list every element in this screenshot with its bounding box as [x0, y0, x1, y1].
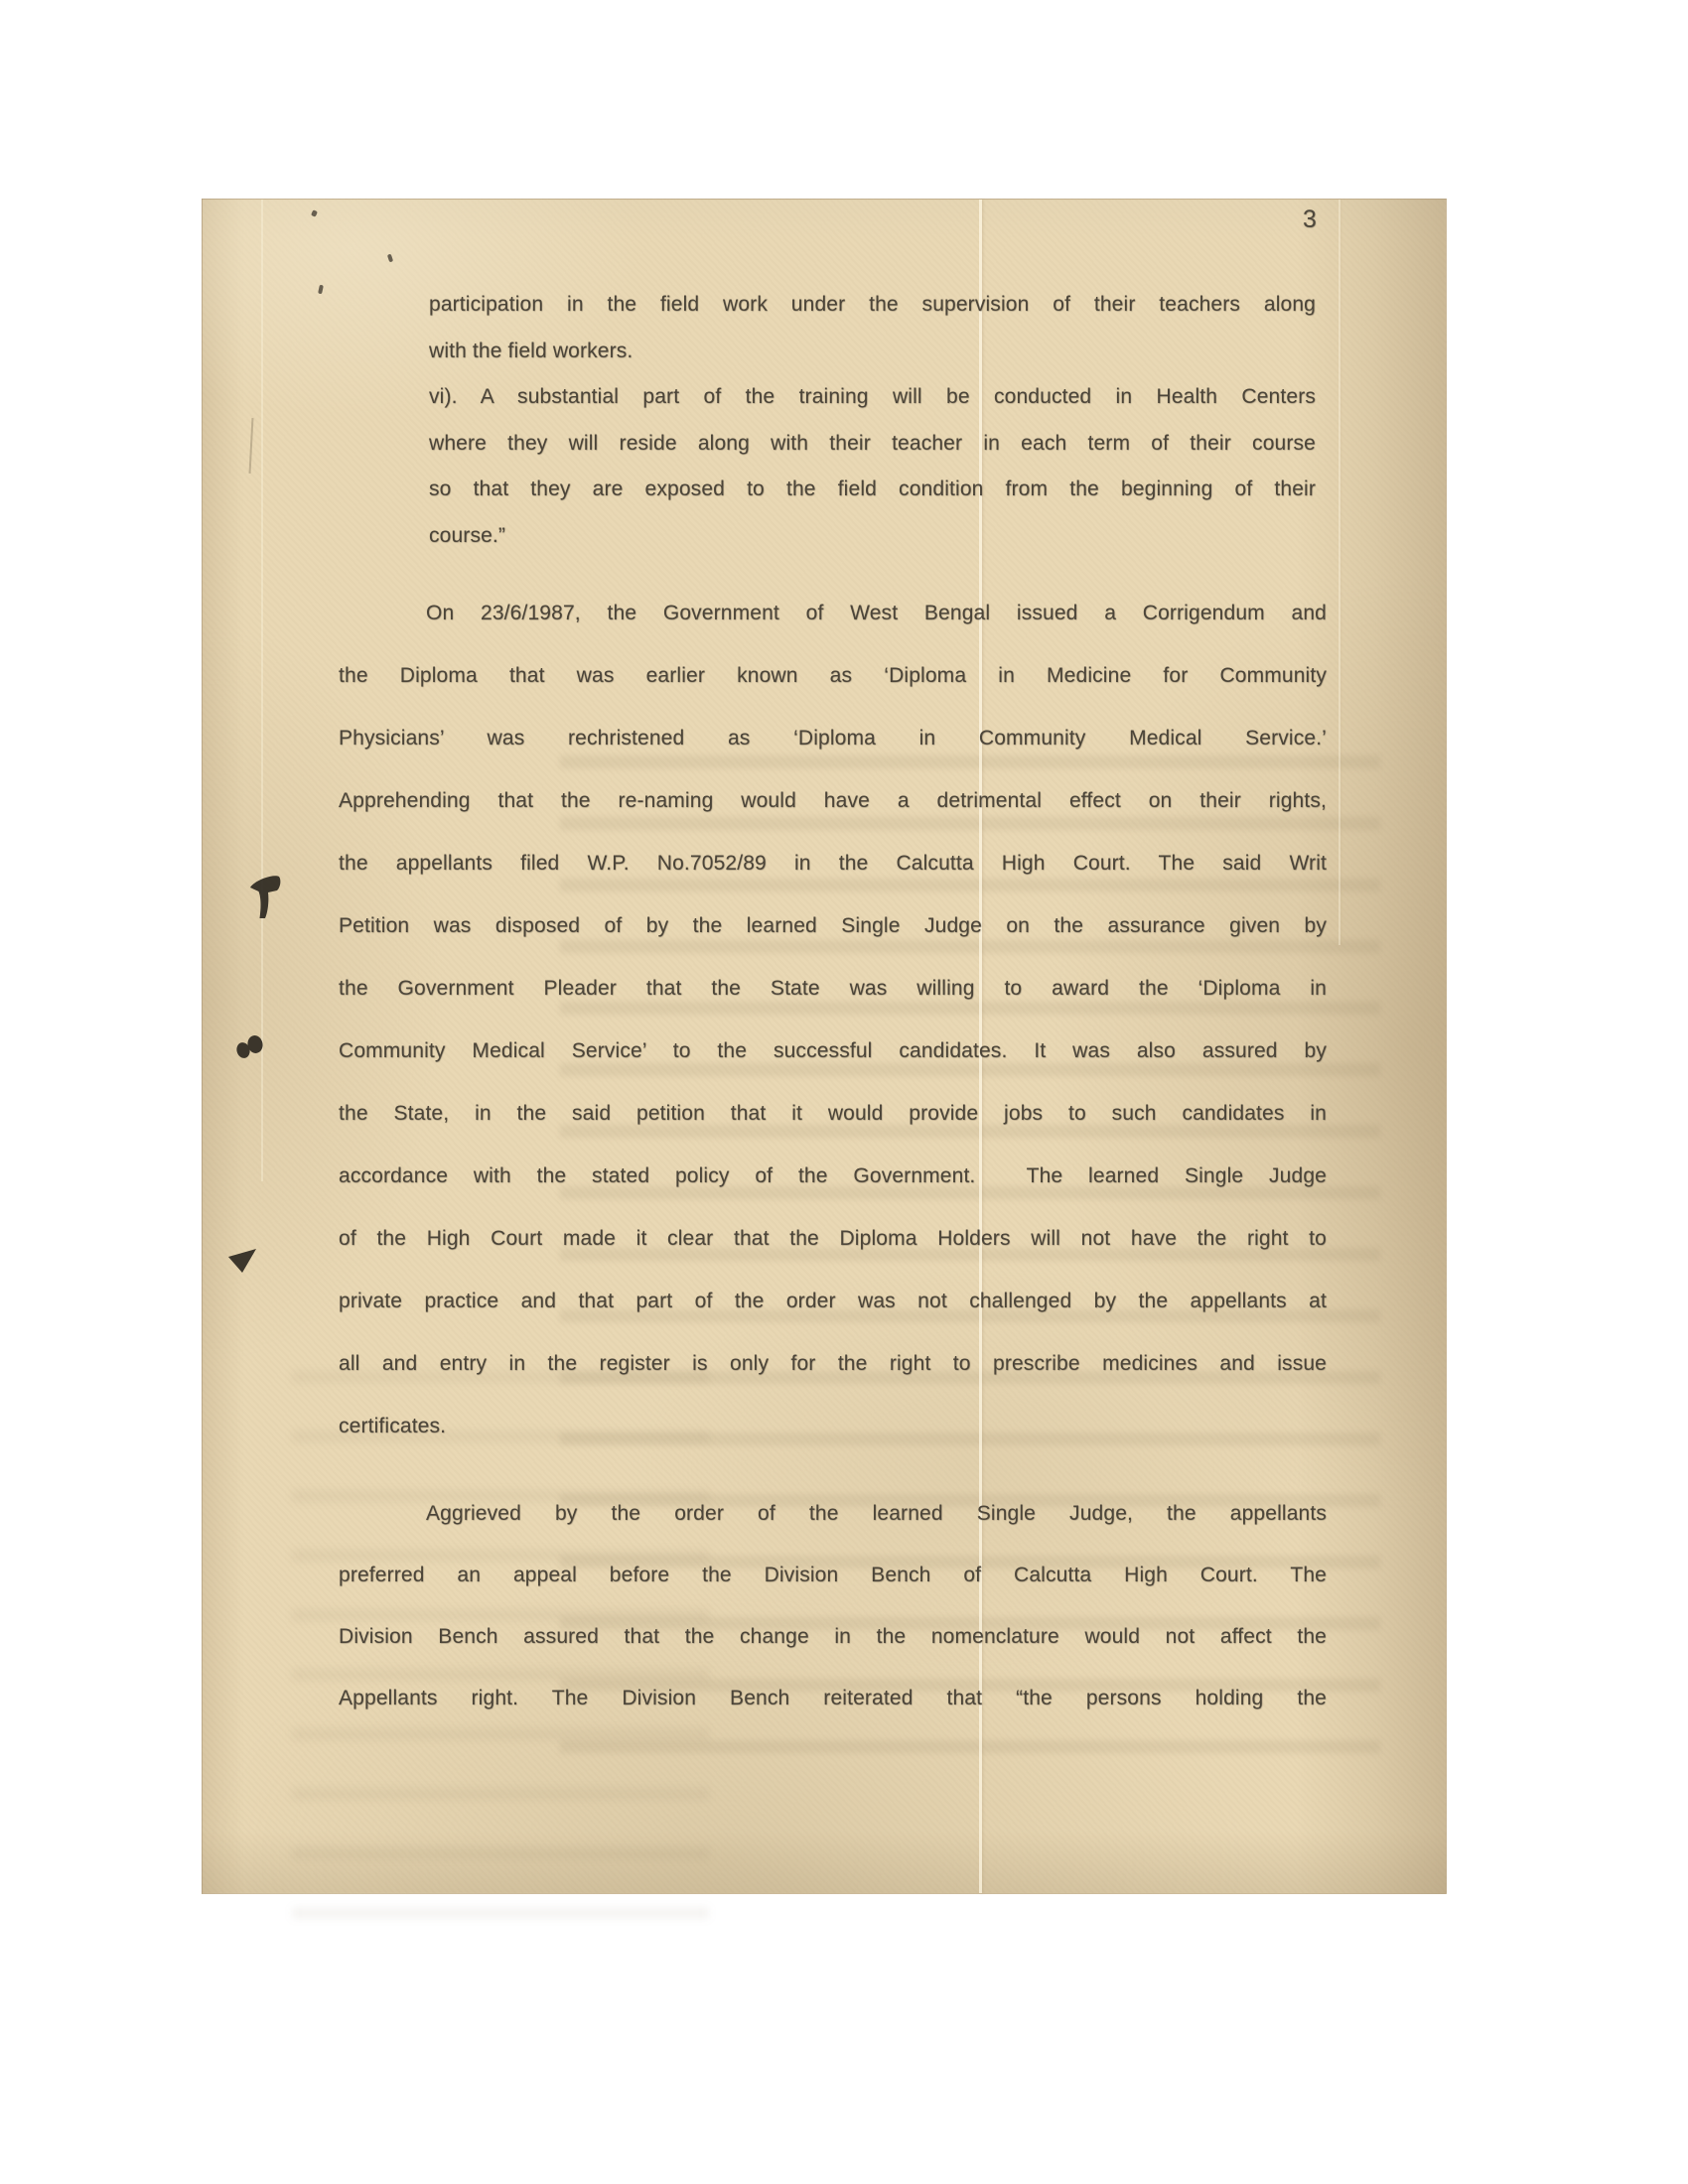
text-line: where they will reside along with their …: [429, 421, 1316, 468]
text-line: the State, in the said petition that it …: [339, 1082, 1327, 1145]
text-line: Apprehending that the re-naming would ha…: [339, 769, 1327, 832]
text-line: the Government Pleader that the State wa…: [339, 957, 1327, 1020]
text-line: On 23/6/1987, the Government of West Ben…: [339, 582, 1327, 644]
text-line: participation in the field work under th…: [429, 282, 1316, 329]
scanned-document-page: 3 participation in the field work under …: [202, 199, 1447, 1894]
text-line: Aggrieved by the order of the learned Si…: [339, 1483, 1327, 1545]
paper-speck: [311, 209, 318, 217]
text-line: vi). A substantial part of the training …: [429, 374, 1316, 421]
text-line: the appellants filed W.P. No.7052/89 in …: [339, 832, 1327, 894]
text-line: private practice and that part of the or…: [339, 1270, 1327, 1332]
text-line: with the field workers.: [429, 329, 1316, 375]
text-line: so that they are exposed to the field co…: [429, 467, 1316, 513]
pencil-mark: [249, 418, 254, 474]
text-line: certificates.: [339, 1395, 1327, 1457]
ink-mark-triangle-icon: [227, 1247, 259, 1280]
text-line: course.”: [429, 513, 1316, 560]
text-line: Appellants right. The Division Bench rei…: [339, 1668, 1327, 1729]
text-line: accordance with the stated policy of the…: [339, 1145, 1327, 1207]
paper-crease-vertical: [1338, 200, 1340, 945]
paper-speck: [387, 254, 393, 263]
ink-mark-double-dot-icon: [235, 1033, 265, 1066]
paragraph-appeal: Aggrieved by the order of the learned Si…: [339, 1483, 1327, 1729]
screenshot-canvas: { "page_number": "3", "content": { "quot…: [0, 0, 1688, 2184]
text-line: of the High Court made it clear that the…: [339, 1207, 1327, 1270]
paper-speck: [318, 285, 324, 295]
text-line: preferred an appeal before the Division …: [339, 1545, 1327, 1606]
text-line: Division Bench assured that the change i…: [339, 1606, 1327, 1668]
page-number: 3: [1303, 205, 1317, 234]
ink-mark-flag-icon: [248, 874, 282, 926]
text-line: all and entry in the register is only fo…: [339, 1332, 1327, 1395]
text-line: Petition was disposed of by the learned …: [339, 894, 1327, 957]
paragraph-corrigendum: On 23/6/1987, the Government of West Ben…: [339, 582, 1327, 1457]
text-line: Community Medical Service’ to the succes…: [339, 1020, 1327, 1082]
text-line: Physicians’ was rechristened as ‘Diploma…: [339, 707, 1327, 769]
quote-block: participation in the field work under th…: [429, 282, 1316, 559]
text-line: the Diploma that was earlier known as ‘D…: [339, 644, 1327, 707]
